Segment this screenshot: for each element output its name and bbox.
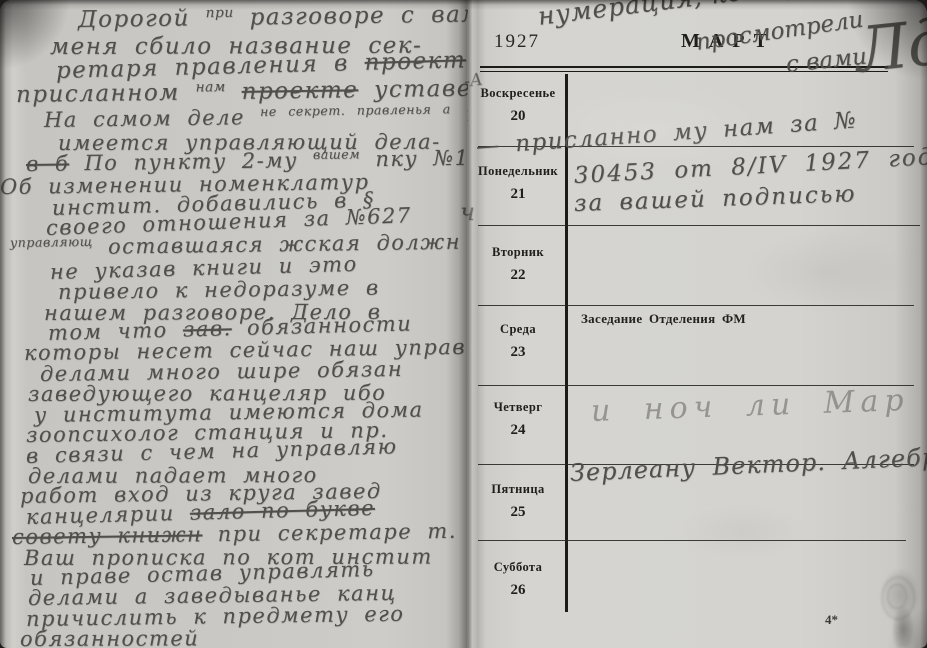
handwriting-line: обязанностей [20, 628, 468, 648]
day-column-divider [565, 74, 568, 612]
row-separator [478, 225, 920, 226]
day-date: 22 [474, 267, 562, 284]
handwriting-text: пку №13 [360, 145, 468, 171]
handwriting-text: присланном [16, 79, 196, 108]
day-name: Воскресенье [474, 86, 562, 101]
handwriting-text [226, 79, 242, 105]
handwriting-text: Дорогой [78, 5, 206, 33]
day-label-thursday: Четверг 24 [474, 400, 562, 439]
handwriting-strikethrough: проекте [241, 77, 358, 105]
day-label-friday: Пятница 25 [474, 482, 562, 521]
handwriting-insertion: нам [195, 79, 225, 95]
day-date: 21 [474, 186, 562, 203]
fingerprint-smudge [867, 562, 927, 648]
day-name: Четверг [474, 400, 562, 415]
day-label-wednesday: Среда 23 [474, 322, 562, 361]
handwriting-text: разговоре с вами [234, 1, 468, 31]
day-name: Среда [474, 322, 562, 337]
day-label-monday: Понедельник 21 [474, 164, 562, 203]
handwriting-strikethrough: проект [364, 47, 466, 76]
handwriting-insertion: вашем [313, 147, 360, 163]
handwriting-insertion: при [206, 5, 234, 21]
handwriting-text: при секретаре т. [202, 519, 457, 547]
handwriting-line: совету книжн при секретаре т. [12, 521, 468, 548]
entry-thursday: и ноч ли Мар са [590, 380, 927, 429]
day-name: Суббота [474, 560, 562, 575]
row-separator [478, 305, 914, 306]
page-year: 1927 [494, 31, 540, 53]
day-date: 25 [474, 504, 562, 521]
entry-wednesday-printed: Заседание Отделения ФМ [581, 311, 746, 327]
scanned-diary-spread: Дорогой при разговоре с вамименя сбило н… [0, 0, 927, 648]
day-name: Понедельник [474, 164, 562, 179]
left-page-handwriting: Дорогой при разговоре с вамименя сбило н… [0, 8, 468, 648]
handwriting-text: как [451, 102, 468, 127]
handwriting-line: привело к недоразуме в [58, 277, 468, 303]
handwriting-line: причислить к предмету его [26, 603, 468, 630]
corner-flourish: Лд [852, 5, 927, 87]
handwriting-text: На самом деле [44, 105, 260, 132]
handwriting-line: Дорогой при разговоре с вами [78, 3, 468, 35]
day-label-saturday: Суббота 26 [474, 560, 562, 599]
row-separator [478, 540, 906, 541]
handwriting-strikethrough: в б [26, 151, 70, 176]
day-label-tuesday: Вторник 22 [474, 245, 562, 284]
signature-mark: 4* [825, 612, 838, 628]
entry-monday-line2: 30453 от 8/IV 1927 год [573, 144, 927, 189]
day-date: 20 [474, 108, 562, 125]
margin-squiggle: ч [460, 198, 475, 226]
day-name: Вторник [474, 245, 562, 260]
handwriting-text: уставе. [358, 76, 468, 104]
entry-friday: Зерлеану Вектор. Алгебру. [569, 442, 927, 487]
handwriting-insertion: управляющ [10, 235, 93, 251]
day-date: 24 [474, 422, 562, 439]
right-page: 1927 МАРТ Воскресенье 20 Понедельник 21 … [468, 0, 927, 648]
day-name: Пятница [474, 482, 562, 497]
day-date: 23 [474, 344, 562, 361]
handwriting-insertion: не секрет. правленья а [260, 102, 451, 120]
left-page: Дорогой при разговоре с вамименя сбило н… [0, 0, 468, 648]
day-label-sunday: Воскресенье 20 [474, 86, 562, 125]
margin-mark: -А [463, 70, 484, 92]
day-date: 26 [474, 582, 562, 599]
handwriting-text: обязанностей [20, 627, 199, 648]
